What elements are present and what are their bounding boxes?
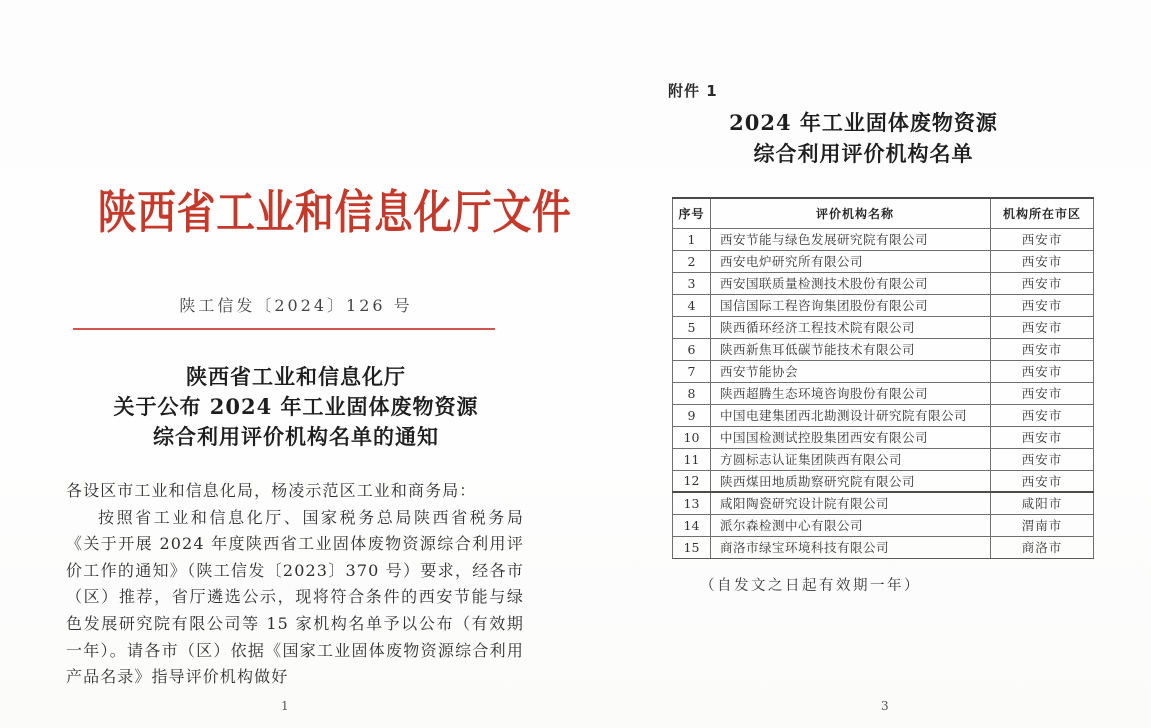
attachment-title-line-2: 综合利用评价机构名单	[636, 138, 1091, 169]
header-agency-name: 评价机构名称	[711, 198, 991, 228]
table-row: 9中国电建集团西北勘测设计研究院有限公司西安市	[673, 404, 1094, 426]
agency-city-cell: 西安市	[991, 294, 1094, 316]
page-number-right: 3	[881, 699, 889, 713]
row-index-cell: 11	[673, 448, 711, 470]
body-paragraph: 按照省工业和信息化厅、国家税务总局陕西省税务局《关于开展 2024 年度陕西省工…	[66, 505, 524, 691]
agency-name-cell: 方圆标志认证集团陕西有限公司	[711, 448, 991, 470]
table-row: 8陕西超腾生态环境咨询股份有限公司西安市	[673, 382, 1094, 404]
agency-name-cell: 西安国联质量检测技术股份有限公司	[711, 272, 991, 294]
table-row: 5陕西循环经济工程技术院有限公司西安市	[673, 316, 1094, 338]
document-spread: 陕西省工业和信息化厅文件 陕工信发〔2024〕126 号 陕西省工业和信息化厅 …	[0, 0, 1151, 728]
notice-title: 陕西省工业和信息化厅 关于公布 2024 年工业固体废物资源 综合利用评价机构名…	[40, 362, 552, 452]
agency-table-header: 序号 评价机构名称 机构所在市区	[673, 198, 1094, 228]
agency-city-cell: 西安市	[991, 470, 1094, 492]
agency-name-cell: 商洛市绿宝环境科技有限公司	[711, 536, 991, 558]
agency-city-cell: 西安市	[991, 250, 1094, 272]
table-row: 14派尔森检测中心有限公司渭南市	[673, 514, 1094, 536]
agency-city-cell: 西安市	[991, 338, 1094, 360]
attachment-title: 2024 年工业固体废物资源 综合利用评价机构名单	[636, 107, 1091, 169]
row-index-cell: 8	[673, 382, 711, 404]
header-agency-city: 机构所在市区	[991, 198, 1094, 228]
table-row: 12陕西煤田地质勘察研究院有限公司西安市	[673, 470, 1094, 492]
row-index-cell: 5	[673, 316, 711, 338]
agency-city-cell: 西安市	[991, 382, 1094, 404]
notice-title-line-2: 关于公布 2024 年工业固体废物资源	[40, 392, 552, 422]
table-row: 6陕西新焦耳低碳节能技术有限公司西安市	[673, 338, 1094, 360]
agency-name-cell: 国信国际工程咨询集团股份有限公司	[711, 294, 991, 316]
salutation: 各设区市工业和信息化局，杨凌示范区工业和商务局：	[66, 478, 524, 505]
agency-city-cell: 西安市	[991, 316, 1094, 338]
agency-name-cell: 陕西循环经济工程技术院有限公司	[711, 316, 991, 338]
agency-city-cell: 渭南市	[991, 514, 1094, 536]
row-index-cell: 10	[673, 426, 711, 448]
row-index-cell: 9	[673, 404, 711, 426]
table-row: 15商洛市绿宝环境科技有限公司商洛市	[673, 536, 1094, 558]
agency-table-body: 1西安节能与绿色发展研究院有限公司西安市2西安电炉研究所有限公司西安市3西安国联…	[673, 228, 1094, 558]
document-number: 陕工信发〔2024〕126 号	[70, 293, 522, 316]
agency-name-cell: 派尔森检测中心有限公司	[711, 514, 991, 536]
table-row: 11方圆标志认证集团陕西有限公司西安市	[673, 448, 1094, 470]
notice-title-line-1: 陕西省工业和信息化厅	[40, 362, 552, 392]
agency-city-cell: 西安市	[991, 228, 1094, 250]
row-index-cell: 7	[673, 360, 711, 382]
agency-name-cell: 陕西超腾生态环境咨询股份有限公司	[711, 382, 991, 404]
row-index-cell: 15	[673, 536, 711, 558]
page-right: 附件 1 2024 年工业固体废物资源 综合利用评价机构名单 序号 评价机构名称…	[576, 0, 1151, 728]
agency-city-cell: 咸阳市	[991, 492, 1094, 514]
agency-city-cell: 西安市	[991, 272, 1094, 294]
attachment-label: 附件 1	[668, 80, 718, 101]
page-number-left: 1	[281, 699, 289, 713]
agency-city-cell: 西安市	[991, 426, 1094, 448]
row-index-cell: 14	[673, 514, 711, 536]
agency-name-cell: 西安电炉研究所有限公司	[711, 250, 991, 272]
row-index-cell: 3	[673, 272, 711, 294]
agency-name-cell: 咸阳陶瓷研究设计院有限公司	[711, 492, 991, 514]
agency-name-cell: 中国国检测试控股集团西安有限公司	[711, 426, 991, 448]
row-index-cell: 1	[673, 228, 711, 250]
agency-name-cell: 中国电建集团西北勘测设计研究院有限公司	[711, 404, 991, 426]
agency-name-cell: 陕西新焦耳低碳节能技术有限公司	[711, 338, 991, 360]
table-row: 10中国国检测试控股集团西安有限公司西安市	[673, 426, 1094, 448]
red-letterhead-title: 陕西省工业和信息化厅文件	[98, 176, 494, 242]
notice-body: 各设区市工业和信息化局，杨凌示范区工业和商务局： 按照省工业和信息化厅、国家税务…	[66, 478, 524, 691]
table-row: 7西安节能协会西安市	[673, 360, 1094, 382]
agency-city-cell: 西安市	[991, 404, 1094, 426]
table-row: 1西安节能与绿色发展研究院有限公司西安市	[673, 228, 1094, 250]
agency-city-cell: 西安市	[991, 360, 1094, 382]
table-row: 3西安国联质量检测技术股份有限公司西安市	[673, 272, 1094, 294]
agency-city-cell: 商洛市	[991, 536, 1094, 558]
table-row: 4国信国际工程咨询集团股份有限公司西安市	[673, 294, 1094, 316]
page-left: 陕西省工业和信息化厅文件 陕工信发〔2024〕126 号 陕西省工业和信息化厅 …	[0, 0, 575, 728]
agency-name-cell: 西安节能与绿色发展研究院有限公司	[711, 228, 991, 250]
table-row: 2西安电炉研究所有限公司西安市	[673, 250, 1094, 272]
validity-note: （自发文之日起有效期一年）	[700, 574, 921, 595]
red-divider-line	[73, 328, 495, 330]
agency-name-cell: 西安节能协会	[711, 360, 991, 382]
row-index-cell: 2	[673, 250, 711, 272]
table-row: 13咸阳陶瓷研究设计院有限公司咸阳市	[673, 492, 1094, 514]
header-index: 序号	[673, 198, 711, 228]
agency-table: 序号 评价机构名称 机构所在市区 1西安节能与绿色发展研究院有限公司西安市2西安…	[672, 197, 1094, 559]
row-index-cell: 13	[673, 492, 711, 514]
agency-name-cell: 陕西煤田地质勘察研究院有限公司	[711, 470, 991, 492]
row-index-cell: 12	[673, 470, 711, 492]
row-index-cell: 4	[673, 294, 711, 316]
header-row: 序号 评价机构名称 机构所在市区	[673, 198, 1094, 228]
attachment-title-line-1: 2024 年工业固体废物资源	[636, 107, 1091, 138]
agency-city-cell: 西安市	[991, 448, 1094, 470]
notice-title-line-3: 综合利用评价机构名单的通知	[40, 422, 552, 452]
row-index-cell: 6	[673, 338, 711, 360]
